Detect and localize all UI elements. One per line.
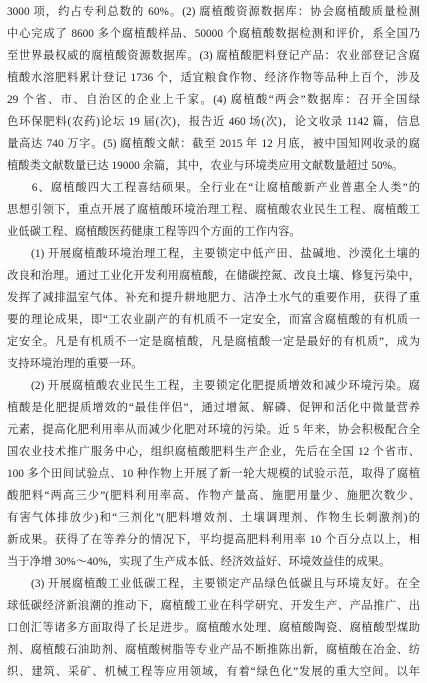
text-line: 有害气体排放少)和“三剂化”(肥料增效剂、土壤调理剂、作物生长刺激剂)的 (7, 507, 420, 529)
text-line: 改良和治理。通过工业化开发利用腐植酸，在储碳控氮、改良土壤、修复污染中， (7, 265, 420, 287)
text-line: (1) 开展腐植酸环境治理工程，主要锁定中低产田、盐碱地、沙漠化土壤的 (7, 243, 420, 265)
text-line: 思想引领下，重点开展了腐植酸环境治理工程、腐植酸农业民生工程、腐植酸工 (7, 199, 420, 221)
text-line: (3) 开展腐植酸工业低碳工程，主要锁定产品绿色低碳且与环境友好。在全 (7, 573, 420, 595)
text-line: 植酸类文献数量已达 19000 余篇，其中，农业与环境类应用文献数量超过 50%… (7, 155, 420, 177)
text-line: 酸肥料“两高三少”(肥料利用率高、作物产量高、施肥用量少、施肥次数少、 (7, 485, 420, 507)
text-line: 织、建筑、采矿、机械工程等应用领域，有着“绿色化”发展的重大空间。以年 (7, 661, 420, 683)
text-line: 植酸是化肥提质增效的“最佳伴侣”，通过增氮、解磷、促钾和活化中微量营养 (7, 397, 420, 419)
text-line: 业低碳工程、腐植酸医药健康工程等四个方面的工作内容。 (7, 221, 420, 243)
text-line: 支持环境治理的重要一环。 (7, 353, 420, 375)
text-line: 新成果。获得了在等养分的情况下，平均提高肥料利用率 10 个百分点以上，相 (7, 529, 420, 551)
text-line: 色环保肥料(农药)论坛 19 届(次)，报告近 460 场(次)，论文收录 11… (7, 111, 420, 133)
text-line: (2) 开展腐植酸农业民生工程，主要锁定化肥提质增效和减少环境污染。腐 (7, 375, 420, 397)
text-line: 100 多个田间试验点、10 种作物上开展了新一轮大规模的试验示范，取得了腐植 (7, 463, 420, 485)
text-line: 中心完成了 8600 多个腐植酸样品、50000 个腐植酸数据检测和评价，系全国… (7, 23, 420, 45)
document-page: 3000 项，约占专利总数的 60%。(2) 腐植酸资源数据库：协会腐植酸质量检… (0, 0, 427, 683)
text-line: 定安全。凡是有机质不一定是腐植酸，凡是腐植酸一定是最好的有机质”，成为 (7, 331, 420, 353)
text-line: 国农业技术推广服务中心，组织腐植酸肥料生产企业，先后在全国 12 个省市、 (7, 441, 420, 463)
text-line: 球低碳经济新浪潮的推动下，腐植酸工业在科学研究、开发生产、产品推广、出 (7, 595, 420, 617)
text-line: 植酸水溶肥料累计登记 1736 个，适宜粮食作物、经济作物等品种上百个，涉及 (7, 67, 420, 89)
text-line: 发挥了减排温室气体、补充和提升耕地肥力、洁净土水气的重要作用，获得了重 (7, 287, 420, 309)
text-line: 至世界最权威的腐植酸资源数据库。(3) 腐植酸肥料登记产品：农业部登记含腐 (7, 45, 420, 67)
text-line: 口创汇等诸多方面取得了长足进步。腐植酸水处理、腐植酸陶瓷、腐植酸型煤助 (7, 617, 420, 639)
text-line: 3000 项，约占专利总数的 60%。(2) 腐植酸资源数据库：协会腐植酸质量检… (7, 1, 420, 23)
text-line: 6、腐植酸四大工程喜结硕果。全行业在“让腐植酸新产业普惠全人类”的 (7, 177, 420, 199)
text-line: 当于净增 30%～40%，实现了生产成本低、经济效益好、环境效益佳的成果。 (7, 551, 420, 573)
text-line: 要的理论成果，即“工农业副产的有机质不一定安全，而富含腐植酸的有机质一 (7, 309, 420, 331)
text-line: 29 个省、市、自治区的企业上千家。(4) 腐植酸“两会”数据库：召开全国绿 (7, 89, 420, 111)
text-line: 元素，提高化肥利用率从而减少化肥对环境的污染。近 5 年来，协会积极配合全 (7, 419, 420, 441)
text-line: 量高达 740 万字。(5) 腐植酸文献：截至 2015 年 12 月底，被中国… (7, 133, 420, 155)
text-line: 剂、腐植酸石油助剂、腐植酸树脂等专业产品不断推陈出新，腐植酸在冶金、纺 (7, 639, 420, 661)
